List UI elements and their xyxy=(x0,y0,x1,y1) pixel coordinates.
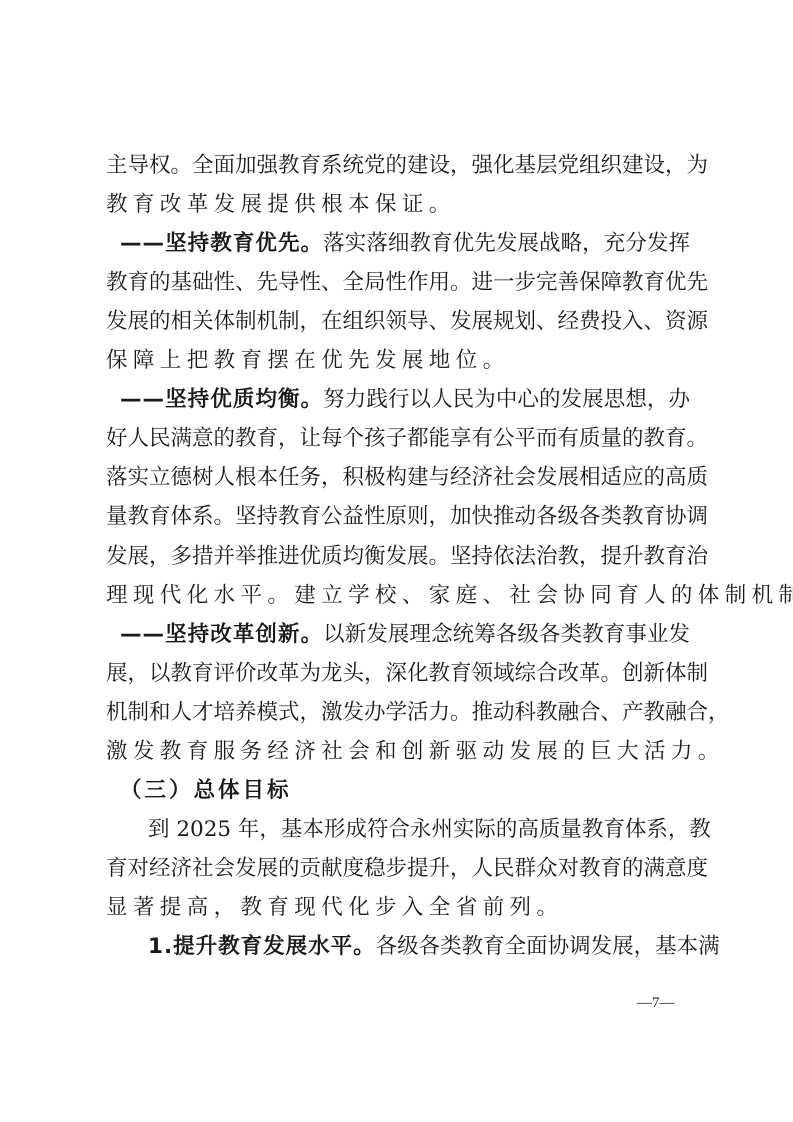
text-line: 保障上把教育摆在优先发展地位。 xyxy=(106,341,690,380)
text-line: 育对经济社会发展的贡献度稳步提升，人民群众对教育的满意度 xyxy=(106,849,690,888)
text-line: 激发教育服务经济社会和创新驱动发展的巨大活力。 xyxy=(106,732,690,771)
text-line: 机制和人才培养模式，激发办学活力。推动科教融合、产教融合， xyxy=(106,693,690,732)
section-heading: （三）总体目标 xyxy=(120,771,292,810)
goal-title: 1.提升教育发展水平。 xyxy=(148,934,376,959)
text-line: 显著提高，教育现代化步入全省前列。 xyxy=(106,888,690,927)
text-line: 量教育体系。坚持教育公益性原则，加快推动各级各类教育协调 xyxy=(106,497,690,536)
text-line: 教育的基础性、先导性、全局性作用。进一步完善保障教育优先 xyxy=(106,263,690,302)
principle-title: ——坚持优质均衡。 xyxy=(120,387,323,412)
text-line: 主导权。全面加强教育系统党的建设，强化基层党组织建设，为 xyxy=(106,146,690,185)
text-line: 发展的相关体制机制，在组织领导、发展规划、经费投入、资源 xyxy=(106,302,690,341)
text-line: 发展，多措并举推进优质均衡发展。坚持依法治教，提升教育治 xyxy=(106,537,690,576)
text-span: 各级各类教育全面协调发展，基本满 xyxy=(376,934,720,959)
text-line: 教育改革发展提供根本保证。 xyxy=(106,185,690,224)
principle-line: ——坚持优质均衡。努力践行以人民为中心的发展思想，办 xyxy=(120,380,690,419)
text-span: 努力践行以人民为中心的发展思想，办 xyxy=(323,387,690,412)
text-line: 展，以教育评价改革为龙头，深化教育领域综合改革。创新体制 xyxy=(106,654,690,693)
document-page: 主导权。全面加强教育系统党的建设，强化基层党组织建设，为 教育改革发展提供根本保… xyxy=(0,0,793,1122)
text-span: 落实落细教育优先发展战略，充分发挥 xyxy=(323,231,690,256)
text-span: 以新发展理念统筹各级各类教育事业发 xyxy=(323,622,690,647)
text-line: 好人民满意的教育，让每个孩子都能享有公平而有质量的教育。 xyxy=(106,419,690,458)
text-line: 到 2025 年，基本形成符合永州实际的高质量教育体系，教 xyxy=(148,810,690,849)
principle-title: ——坚持改革创新。 xyxy=(120,622,323,647)
goal-line: 1.提升教育发展水平。各级各类教育全面协调发展，基本满 xyxy=(148,927,690,966)
text-line: 理现代化水平。建立学校、家庭、社会协同育人的体制机制。 xyxy=(106,576,690,615)
page-number: —7— xyxy=(637,995,675,1012)
text-line: 落实立德树人根本任务，积极构建与经济社会发展相适应的高质 xyxy=(106,458,690,497)
principle-line: ——坚持改革创新。以新发展理念统筹各级各类教育事业发 xyxy=(120,615,690,654)
principle-title: ——坚持教育优先。 xyxy=(120,231,323,256)
principle-line: ——坚持教育优先。落实落细教育优先发展战略，充分发挥 xyxy=(120,224,690,263)
